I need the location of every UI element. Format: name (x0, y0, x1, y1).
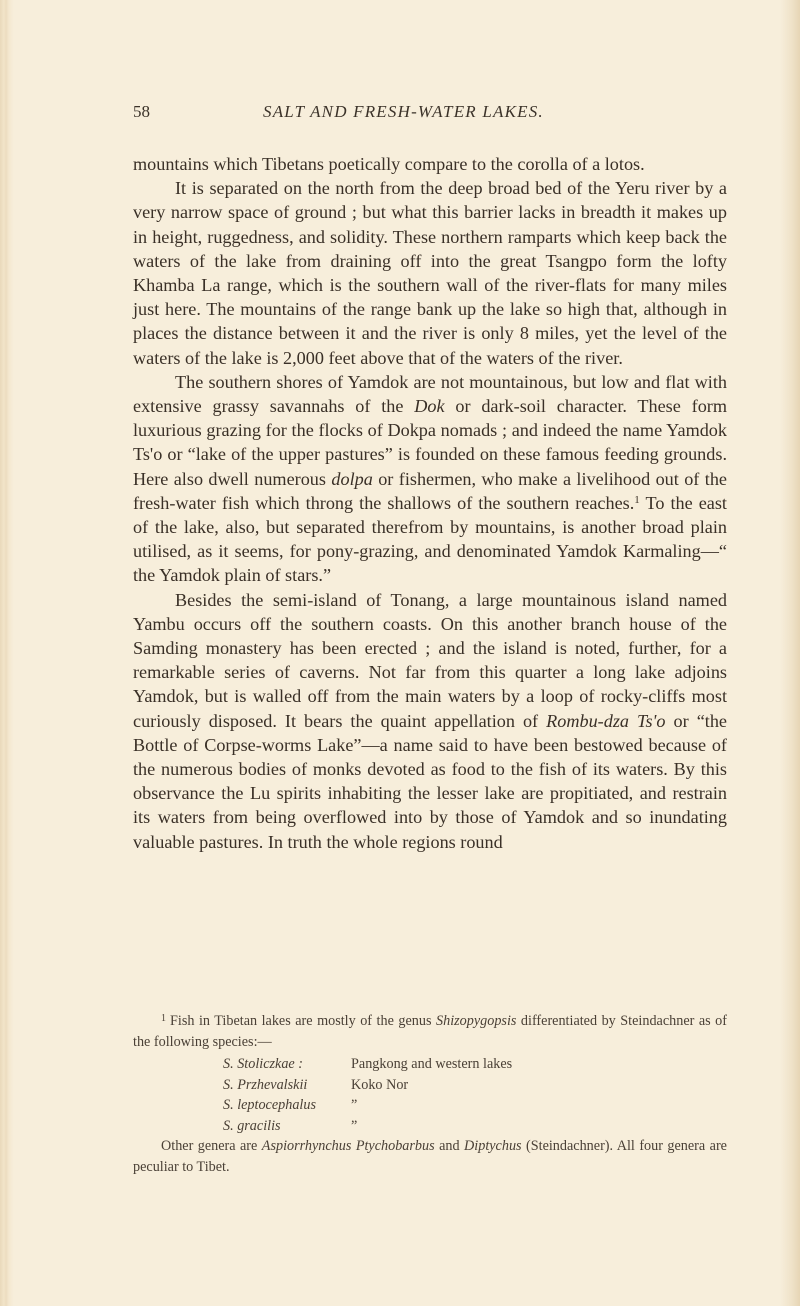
running-head: 58 SALT AND FRESH-WATER LAKES. (133, 102, 733, 126)
footnote-genus: Shizopygopsis (436, 1013, 516, 1029)
species-name: S. gracilis (223, 1116, 351, 1137)
footnote-marker: 1 (161, 1013, 166, 1024)
footnote-intro-a: Fish in Tibetan lakes are mostly of the … (170, 1013, 436, 1029)
page-number: 58 (133, 102, 150, 122)
term-dolpa: dolpa (331, 469, 372, 489)
footnote-other-genera: Other genera are Aspiorrhynchus Ptychoba… (133, 1136, 727, 1177)
species-row: S. gracilis ” (223, 1116, 512, 1137)
footnote-1: 1Fish in Tibetan lakes are mostly of the… (133, 1011, 727, 1052)
term-rombu-dza-tso: Rombu-dza Ts'o (546, 711, 665, 731)
species-row: S. Przhevalskii Koko Nor (223, 1075, 512, 1096)
running-title: SALT AND FRESH-WATER LAKES. (263, 102, 544, 122)
paragraph-2: It is separated on the north from the de… (133, 176, 727, 370)
paragraph-3: The southern shores of Yamdok are not mo… (133, 370, 727, 588)
species-location: Pangkong and western lakes (351, 1054, 512, 1075)
genera-italic-2: Diptychus (464, 1138, 522, 1154)
species-name: S. Stoliczkae : (223, 1054, 351, 1075)
species-table: S. Stoliczkae : Pangkong and western lak… (223, 1054, 512, 1136)
species-name: S. leptocephalus (223, 1095, 351, 1116)
genera-italic-1: Aspiorrhynchus Ptychobarbus (262, 1138, 435, 1154)
paragraph-4-text-a: Besides the semi-island of Tonang, a lar… (133, 590, 727, 731)
term-dok: Dok (414, 396, 444, 416)
other-genera-a: Other genera are (161, 1138, 262, 1154)
species-row: S. Stoliczkae : Pangkong and western lak… (223, 1054, 512, 1075)
species-location: Koko Nor (351, 1075, 512, 1096)
species-name: S. Przhevalskii (223, 1075, 351, 1096)
species-location: ” (351, 1116, 512, 1137)
body-text: mountains which Tibetans poetically comp… (133, 152, 727, 854)
paragraph-4: Besides the semi-island of Tonang, a lar… (133, 588, 727, 854)
other-genera-b: and (435, 1138, 464, 1154)
paragraph-4-text-c: or “the Bottle of Corpse-worms Lake”—a n… (133, 711, 727, 852)
species-location: ” (351, 1095, 512, 1116)
footnotes: 1Fish in Tibetan lakes are mostly of the… (133, 1011, 727, 1177)
paragraph-1: mountains which Tibetans poetically comp… (133, 152, 727, 176)
species-row: S. leptocephalus ” (223, 1095, 512, 1116)
book-page: 58 SALT AND FRESH-WATER LAKES. mountains… (0, 0, 800, 1306)
